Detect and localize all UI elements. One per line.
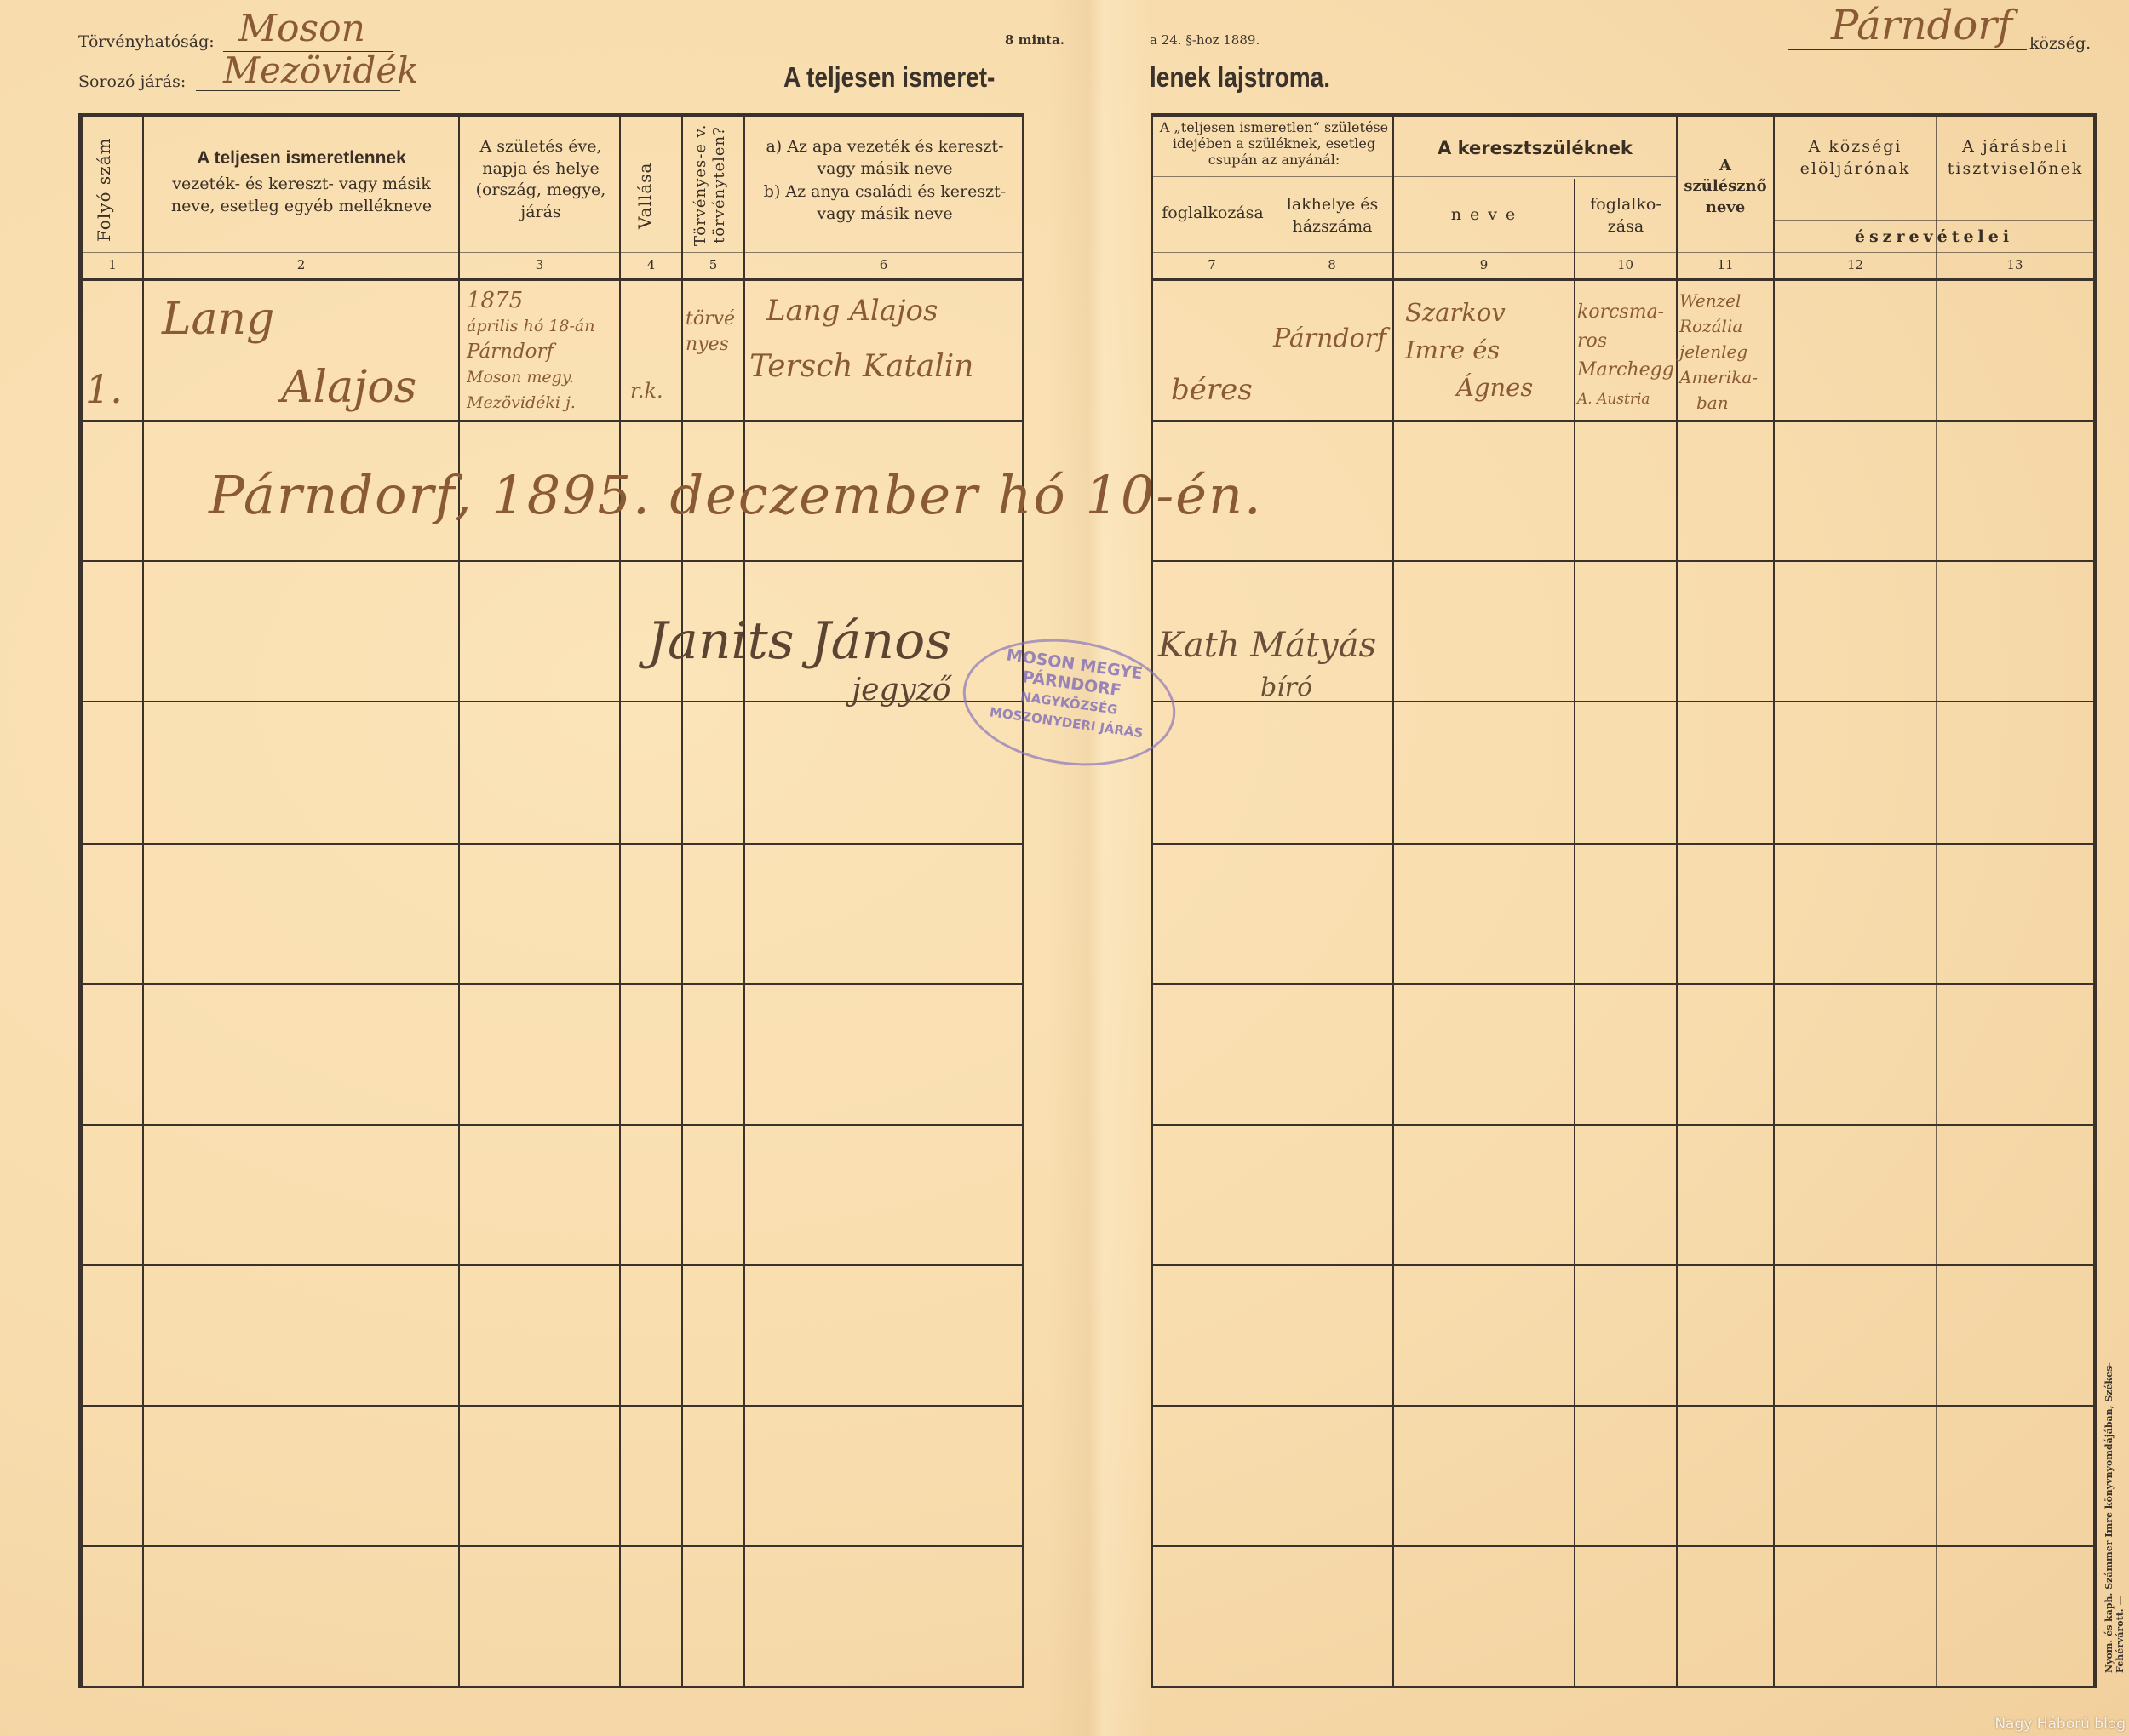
colnum-6: 6 — [745, 257, 1022, 272]
col12-header: A községi elöljárónak — [1775, 136, 1936, 180]
entry-lakhelye: Párndorf — [1273, 324, 1386, 353]
entry-keresztszulo-foglalkozasa: korcsma- ros Marchegg A. Austria — [1577, 298, 1674, 414]
col-line-6-end — [1022, 117, 1024, 1688]
birth-place: Párndorf — [467, 339, 594, 364]
col-line-7-8 — [1271, 179, 1271, 1688]
kozseg-value: Párndorf — [1831, 2, 2012, 49]
row-line — [1151, 420, 2093, 422]
birth-county: Moson megy. — [467, 364, 594, 390]
colnum-13: 13 — [1937, 257, 2093, 272]
entry-father: Lang Alajos — [766, 294, 938, 328]
colnum-1: 1 — [83, 257, 142, 272]
colnum-7: 7 — [1153, 257, 1271, 272]
col2-header: vezeték- és kereszt- vagy másik neve, es… — [145, 170, 458, 217]
row-line — [1151, 1124, 2093, 1126]
signature-notary-title: jegyző — [852, 673, 951, 708]
col-line-2-3 — [458, 117, 460, 1688]
parents-group-header: A „teljesen ismeretlen“ születése idejéb… — [1155, 119, 1393, 169]
table-top-border-left — [78, 113, 1024, 117]
entry-szulesno: Wenzel Rozália jelenleg Amerika- ban — [1679, 288, 1758, 415]
col6-header-a: a) Az apa vezeték és kereszt- vagy másik… — [749, 136, 1020, 180]
closing-place-date: Párndorf, 1895. deczember hó 10-én. — [209, 464, 1263, 526]
godparent-occ-2: ros — [1577, 327, 1674, 356]
midwife-2: Rozália — [1679, 313, 1758, 339]
sorozo-jaras-value: Mezövidék — [223, 49, 419, 91]
row-line — [1151, 843, 2093, 845]
col7-header: foglalkozása — [1155, 203, 1271, 225]
colnum-12: 12 — [1775, 257, 1936, 272]
midwife-4: Amerika- — [1679, 364, 1758, 390]
col-line-3-4 — [619, 117, 621, 1688]
col-line-5-6 — [743, 117, 745, 1688]
colnum-10: 10 — [1575, 257, 1676, 272]
row-line — [83, 843, 1022, 845]
colnum-9: 9 — [1394, 257, 1574, 272]
col-line-1-2 — [142, 117, 144, 1688]
col-line-start-7 — [1151, 117, 1153, 1688]
remarks-divider — [1773, 220, 2093, 221]
remarks-group-header: észrevételei — [1775, 226, 2093, 249]
header-num-divider-right — [1151, 252, 2093, 253]
midwife-1: Wenzel — [1679, 288, 1758, 313]
entry-torvenyes: törvényes — [686, 307, 742, 358]
col4-header: Vallása — [634, 149, 655, 243]
godparent-occ-4: A. Austria — [1577, 385, 1674, 414]
row-line — [83, 1405, 1022, 1407]
row-line — [83, 560, 1022, 562]
blog-watermark: Nagy Háború blog — [1994, 1716, 2126, 1733]
header-bottom-right — [1151, 278, 2093, 281]
col6-header-b: b) Az anya családi és kereszt- vagy mási… — [749, 181, 1020, 225]
godparent-occ-3: Marchegg — [1577, 356, 1674, 385]
row-line — [1151, 1264, 2093, 1266]
col11-header-a: A — [1678, 156, 1773, 176]
birth-district: Mezövidéki j. — [467, 390, 594, 415]
godparent-name-1: Szarkov — [1405, 294, 1533, 331]
row-line — [83, 1686, 1022, 1688]
col-line-4-5 — [681, 117, 683, 1688]
col-line-10-11 — [1676, 117, 1678, 1688]
kozseg-underline — [1788, 49, 2027, 50]
midwife-3: jelenleg — [1679, 339, 1758, 364]
row-line — [83, 420, 1022, 422]
row-line — [1151, 983, 2093, 985]
header-bottom-left — [83, 278, 1022, 281]
kozseg-label: község. — [2029, 34, 2091, 53]
signature-notary: Janits János — [647, 611, 951, 671]
torvenyhatosag-value: Moson — [238, 7, 365, 50]
godparent-occ-1: korcsma- — [1577, 298, 1674, 327]
birth-date: április hó 18-án — [467, 313, 594, 339]
colnum-3: 3 — [460, 257, 619, 272]
entry-vallasa: r.k. — [630, 379, 663, 403]
godparents-group-header: A keresztszüléknek — [1394, 136, 1676, 160]
row-line — [1151, 560, 2093, 562]
row-line — [1151, 1405, 2093, 1407]
row-line — [83, 1545, 1022, 1547]
entry-mother: Tersch Katalin — [749, 349, 974, 384]
col3-header: A születés éve, napja és helye (ország, … — [464, 136, 617, 224]
godparent-name-3: Ágnes — [1405, 369, 1533, 406]
section-reference: a 24. §-hoz 1889. — [1150, 32, 1260, 48]
col8-header: lakhelye és házszáma — [1272, 194, 1392, 238]
table-top-border-right — [1151, 113, 2097, 117]
colnum-5: 5 — [683, 257, 743, 272]
row-line — [83, 1124, 1022, 1126]
group-header-divider — [1151, 176, 1676, 177]
form-number: 8 minta. — [1005, 32, 1064, 48]
row-line — [1151, 1686, 2093, 1688]
col-line-12-13 — [1936, 117, 1937, 1688]
title-left: A teljesen ismeret- — [783, 61, 995, 94]
col-line-9-10 — [1574, 179, 1575, 1688]
header-num-divider-left — [83, 252, 1022, 253]
signature-mayor-title: bíró — [1260, 673, 1312, 702]
col11-header: szülésznő neve — [1678, 176, 1773, 218]
entry-birth: 1875 április hó 18-án Párndorf Moson meg… — [467, 288, 594, 415]
row-line — [83, 983, 1022, 985]
row-line — [83, 1264, 1022, 1266]
col10-header: foglalko- zása — [1575, 194, 1676, 238]
col-line-8-9 — [1392, 117, 1394, 1688]
colnum-4: 4 — [621, 257, 681, 272]
col5-header: Törvényes-e v. törvénytelen? — [691, 121, 736, 249]
title-right: lenek lajstroma. — [1150, 61, 1330, 94]
colnum-11: 11 — [1678, 257, 1773, 272]
entry-foglalkozasa: béres — [1171, 373, 1253, 407]
colnum-2: 2 — [144, 257, 458, 272]
signature-mayor: Kath Mátyás — [1158, 626, 1376, 665]
midwife-5: ban — [1679, 390, 1758, 415]
entry-surname: Lang — [162, 294, 274, 345]
col2-header-bold: A teljesen ismeretlennek — [145, 146, 458, 170]
table-right-border — [2093, 113, 2097, 1688]
paper-fold — [1047, 0, 1150, 1736]
torvenyhatosag-label: Törvényhatóság: — [78, 32, 215, 51]
printer-note: Nyom. és kaph. Számmer Imre könyvnyomdáj… — [2103, 1298, 2126, 1673]
col9-header: n e v e — [1394, 204, 1574, 226]
entry-keresztszulo-neve: Szarkov Imre és Ágnes — [1405, 294, 1533, 406]
colnum-8: 8 — [1271, 257, 1392, 272]
entry-folyo-szam: 1. — [85, 366, 123, 412]
sorozo-jaras-label: Sorozó járás: — [78, 72, 186, 91]
col13-header: A járásbeli tisztviselőnek — [1937, 136, 2093, 180]
godparent-name-2: Imre és — [1405, 331, 1533, 369]
row-line — [1151, 1545, 2093, 1547]
col1-header: Folyó szám — [94, 132, 114, 247]
entry-given-name: Alajos — [281, 362, 416, 413]
table-left-border — [78, 113, 83, 1688]
birth-year: 1875 — [467, 288, 594, 313]
col-line-11-12 — [1773, 117, 1775, 1688]
